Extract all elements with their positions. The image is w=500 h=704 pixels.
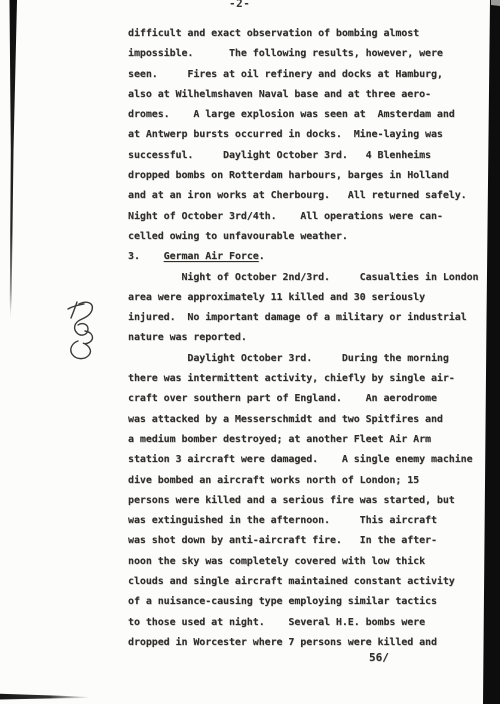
typed-line: persons were killed and a serious fire w… <box>128 491 488 511</box>
typed-line: nature was reported. <box>128 328 488 348</box>
typed-text-block: difficult and exact observation of bombi… <box>128 24 488 653</box>
typed-line: impossible. The following results, howev… <box>128 44 488 64</box>
typed-line: dive bombed an aircraft works north of L… <box>128 471 488 491</box>
typed-line: a medium bomber destroyed; at another Fl… <box>128 430 488 450</box>
typed-line: dromes. A large explosion was seen at Am… <box>128 105 488 125</box>
typed-line: was shot down by anti-aircraft fire. In … <box>128 531 488 551</box>
typed-line: 3. German Air Force. <box>128 247 488 267</box>
typed-line: dropped in Worcester where 7 persons wer… <box>128 633 488 653</box>
typed-line: noon the sky was completely covered with… <box>128 552 488 572</box>
handwritten-scribble-icon <box>68 302 92 359</box>
typed-line: there was intermittent activity, chiefly… <box>128 369 488 389</box>
typed-line: Night of October 3rd/4th. All operations… <box>128 207 488 227</box>
section-heading-period: . <box>259 251 265 262</box>
typed-line: at Antwerp bursts occurred in docks. Min… <box>128 125 488 145</box>
typed-line: of a nuisance-causing type employing sim… <box>128 592 488 612</box>
section-heading: German Air Force <box>164 251 259 262</box>
typed-line: also at Wilhelmshaven Naval base and at … <box>128 85 488 105</box>
document-page: -2- difficult and exact observation of b… <box>0 0 500 704</box>
typed-line: to those used at night. Several H.E. bom… <box>128 613 488 633</box>
page-reference-number: 56/ <box>369 651 389 664</box>
section-number: 3. <box>128 251 164 262</box>
typed-line: seen. Fires at oil refinery and docks at… <box>128 65 488 85</box>
typed-line: injured. No important damage of a milita… <box>128 308 488 328</box>
typed-line: Daylight October 3rd. During the morning <box>128 349 488 369</box>
typed-line: successful. Daylight October 3rd. 4 Blen… <box>128 146 488 166</box>
typed-line: and at an iron works at Cherbourg. All r… <box>128 186 488 206</box>
typed-line: dropped bombs on Rotterdam harbours, bar… <box>128 166 488 186</box>
typed-line: area were approximately 11 killed and 30… <box>128 288 488 308</box>
scan-line-bottom-left <box>0 694 90 700</box>
typed-line: station 3 aircraft were damaged. A singl… <box>128 450 488 470</box>
typed-line: celled owing to unfavourable weather. <box>128 227 488 247</box>
typed-line: was attacked by a Messerschmidt and two … <box>128 410 488 430</box>
typed-line: Night of October 2nd/3rd. Casualties in … <box>128 268 488 288</box>
typed-line: craft over southern part of England. An … <box>128 389 488 409</box>
typed-line: clouds and single aircraft maintained co… <box>128 572 488 592</box>
scan-edge-right-top-notch <box>491 0 500 6</box>
page-number-header: -2- <box>229 0 250 10</box>
scan-edge-left <box>10 0 18 322</box>
typed-line: difficult and exact observation of bombi… <box>128 24 488 44</box>
typed-line: was extinguished in the afternoon. This … <box>128 511 488 531</box>
